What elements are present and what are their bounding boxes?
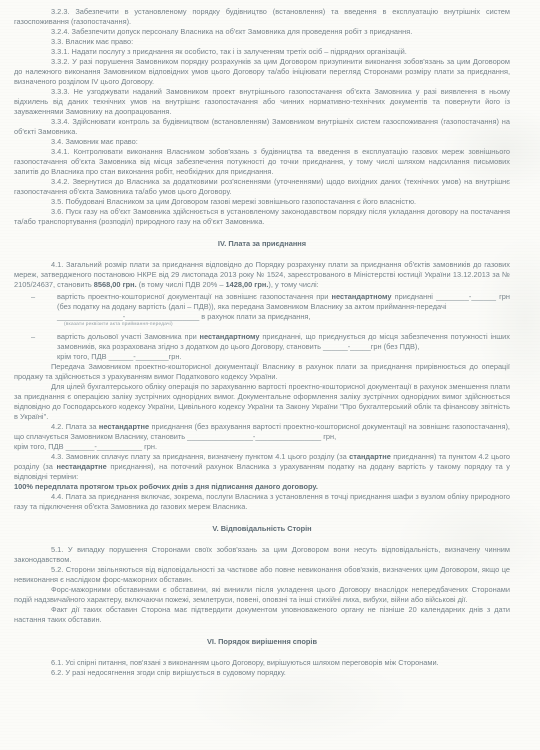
paragraph: 3.2.3. Забезпечити в установленому поряд… — [14, 7, 510, 27]
list-dash-marker: – — [31, 332, 35, 342]
text: 3.2.4. Забезпечити допуск персоналу Влас… — [51, 27, 412, 36]
text: крім того, ПДВ ______-________грн. — [57, 352, 182, 361]
paragraph: 5.2. Сторони звільняються від відповідал… — [14, 565, 510, 585]
list-item: –вартість проектно-кошторисної документа… — [14, 292, 510, 322]
text: крім того, ПДВ _______-___________ грн. — [14, 442, 157, 451]
text: вартість дольової участі Замовника при — [57, 332, 200, 341]
text: 4.4. Плата за приєднання включає, зокрем… — [14, 492, 510, 511]
bold-text: нестандартному — [332, 292, 392, 301]
section-heading: V. Відповідальність Сторін — [14, 524, 510, 534]
contract-text-container: 3.2.3. Забезпечити в установленому поряд… — [14, 7, 510, 678]
paragraph: 6.1. Усі спірні питання, пов'язані з вик… — [14, 658, 510, 668]
text: ), у тому числі: — [268, 280, 318, 289]
paragraph: 4.3. Замовник сплачує плату за приєднанн… — [14, 452, 510, 482]
text: 3.3.3. Не узгоджувати наданий Замовником… — [14, 87, 510, 116]
list-item: –вартість дольової участі Замовника при … — [14, 332, 510, 362]
text: 3.4.1. Контролювати виконання Власником … — [14, 147, 510, 176]
bold-text: нестандартне — [57, 462, 107, 471]
section-heading: IV. Плата за приєднання — [14, 239, 510, 249]
paragraph: 4.4. Плата за приєднання включає, зокрем… — [14, 492, 510, 512]
paragraph: 3.3.2. У разі порушення Замовником поряд… — [14, 57, 510, 87]
text: вартість проектно-кошторисної документац… — [57, 292, 332, 301]
text: 3.4. Замовник має право: — [51, 137, 138, 146]
paragraph: 3.3.3. Не узгоджувати наданий Замовником… — [14, 87, 510, 117]
text: V. Відповідальність Сторін — [212, 524, 311, 533]
bold-text: 1428,00 грн. — [226, 280, 269, 289]
text: 4.2. Плата за — [51, 422, 99, 431]
text: Для цілей бухгалтерського обліку операці… — [14, 382, 510, 421]
text: VI. Порядок вирішення спорів — [207, 637, 317, 646]
section-heading: VI. Порядок вирішення спорів — [14, 637, 510, 647]
text: 5.2. Сторони звільняються від відповідал… — [14, 565, 510, 584]
text: 6.1. Усі спірні питання, пов'язані з вик… — [51, 658, 439, 667]
bold-text: нестандартному — [200, 332, 260, 341]
text: 3.3. Власник має право: — [51, 37, 133, 46]
paragraph: 3.4.2. Звернутися до Власника за додатко… — [14, 177, 510, 197]
bold-text: нестандартне — [99, 422, 149, 431]
paragraph: 3.3. Власник має право: — [14, 37, 510, 47]
paragraph: 3.3.4. Здійснювати контроль за будівницт… — [14, 117, 510, 137]
text: 3.6. Пуск газу на об'єкт Замовника здійс… — [14, 207, 510, 226]
paragraph: 5.1. У випадку порушення Сторонами своїх… — [14, 545, 510, 565]
paragraph: 6.2. У разі недосягнення згоди спір вирі… — [14, 668, 510, 678]
paragraph: Факт дії таких обставин Сторона має підт… — [14, 605, 510, 625]
bold-text: 100% передплата протягом трьох робочих д… — [14, 482, 318, 491]
text: IV. Плата за приєднання — [218, 239, 306, 248]
text: 3.3.2. У разі порушення Замовником поряд… — [14, 57, 510, 86]
text: 3.3.1. Надати послугу з приєднання як ос… — [51, 47, 407, 56]
text: Передача Замовником проектно-кошторисної… — [14, 362, 510, 381]
text: Факт дії таких обставин Сторона має підт… — [14, 605, 510, 624]
contract-page: 3.2.3. Забезпечити в установленому поряд… — [0, 0, 540, 750]
text: 3.5. Побудовані Власником за цим Договор… — [51, 197, 416, 206]
paragraph: 4.2. Плата за нестандартне приєднання (б… — [14, 422, 510, 452]
text: Форс-мажорними обставинами є обставини, … — [14, 585, 510, 604]
paragraph: 3.6. Пуск газу на об'єкт Замовника здійс… — [14, 207, 510, 227]
paragraph: Передача Замовником проектно-кошторисної… — [14, 362, 510, 382]
paragraph: 4.1. Загальний розмір плати за приєднанн… — [14, 260, 510, 290]
paragraph-flush: 100% передплата протягом трьох робочих д… — [14, 482, 510, 492]
paragraph: 3.5. Побудовані Власником за цим Договор… — [14, 197, 510, 207]
text: 4.3. Замовник сплачує плату за приєднанн… — [51, 452, 349, 461]
paragraph: 3.3.1. Надати послугу з приєднання як ос… — [14, 47, 510, 57]
bold-text: 8568,00 грн. — [94, 280, 137, 289]
text: ________________-__________________ в ра… — [57, 312, 310, 321]
list-dash-marker: – — [31, 292, 35, 302]
paragraph: Форс-мажорними обставинами є обставини, … — [14, 585, 510, 605]
form-caption: (вказати реквізити акта приймання-переда… — [14, 322, 510, 328]
text: (в тому числі ПДВ 20% – — [137, 280, 226, 289]
paragraph: 3.4.1. Контролювати виконання Власником … — [14, 147, 510, 177]
text: 3.3.4. Здійснювати контроль за будівницт… — [14, 117, 510, 136]
paragraph: 3.2.4. Забезпечити допуск персоналу Влас… — [14, 27, 510, 37]
text: 3.2.3. Забезпечити в установленому поряд… — [14, 7, 510, 26]
paragraph: Для цілей бухгалтерського обліку операці… — [14, 382, 510, 422]
text: 6.2. У разі недосягнення згоди спір вирі… — [51, 668, 286, 677]
text: 5.1. У випадку порушення Сторонами своїх… — [14, 545, 510, 564]
paragraph: 3.4. Замовник має право: — [14, 137, 510, 147]
text: 3.4.2. Звернутися до Власника за додатко… — [14, 177, 510, 196]
text: (вказати реквізити акта приймання-переда… — [64, 322, 173, 327]
bold-text: стандартне — [349, 452, 391, 461]
